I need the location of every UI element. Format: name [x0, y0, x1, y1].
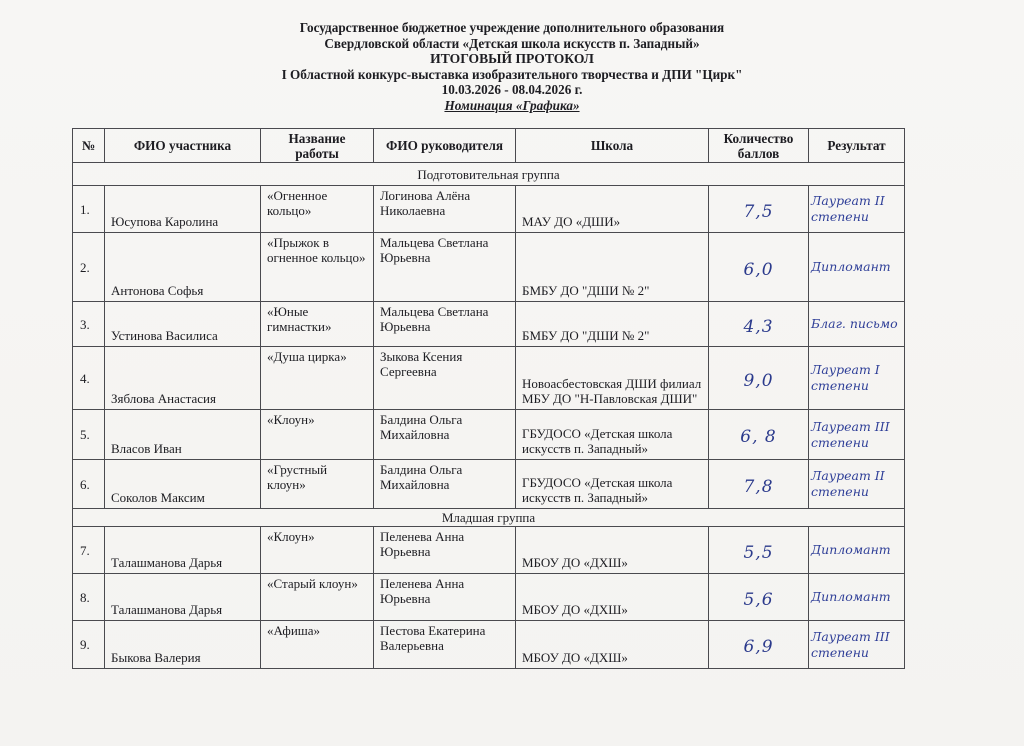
- cell-school: МБОУ ДО «ДХШ»: [516, 621, 709, 669]
- cell-work: «Юные гимнастки»: [261, 302, 374, 347]
- cell-participant: Талашманова Дарья: [105, 527, 261, 574]
- group-row: Младшая группа: [73, 509, 905, 527]
- cell-num: 8.: [73, 574, 105, 621]
- cell-score: 9,0: [709, 347, 809, 410]
- table-row: 5.Власов Иван«Клоун»Балдина Ольга Михайл…: [73, 410, 905, 460]
- cell-teacher: Мальцева Светлана Юрьевна: [374, 302, 516, 347]
- cell-score: 5,5: [709, 527, 809, 574]
- table-row: 9.Быкова Валерия«Афиша»Пестова Екатерина…: [73, 621, 905, 669]
- cell-num: 3.: [73, 302, 105, 347]
- cell-participant: Талашманова Дарья: [105, 574, 261, 621]
- cell-school: МАУ ДО «ДШИ»: [516, 186, 709, 233]
- cell-result: Лауреат II степени: [809, 186, 905, 233]
- cell-result: Лауреат III степени: [809, 410, 905, 460]
- cell-score: 4,3: [709, 302, 809, 347]
- cell-result: Дипломант: [809, 574, 905, 621]
- document-page: Государственное бюджетное учреждение доп…: [0, 0, 1024, 746]
- cell-work: «Афиша»: [261, 621, 374, 669]
- cell-work: «Душа цирка»: [261, 347, 374, 410]
- document-header: Государственное бюджетное учреждение доп…: [0, 20, 1024, 113]
- table-row: 8.Талашманова Дарья«Старый клоун»Пеленев…: [73, 574, 905, 621]
- cell-participant: Быкова Валерия: [105, 621, 261, 669]
- cell-num: 6.: [73, 460, 105, 509]
- protocol-title: ИТОГОВЫЙ ПРОТОКОЛ: [0, 51, 1024, 67]
- contest-name: I Областной конкурс-выставка изобразител…: [0, 67, 1024, 83]
- cell-school: МБОУ ДО «ДХШ»: [516, 527, 709, 574]
- cell-teacher: Пеленева Анна Юрьевна: [374, 527, 516, 574]
- table-row: 3.Устинова Василиса«Юные гимнастки»Мальц…: [73, 302, 905, 347]
- cell-num: 2.: [73, 233, 105, 302]
- cell-score: 6,0: [709, 233, 809, 302]
- cell-result: Дипломант: [809, 233, 905, 302]
- table-header-row: № ФИО участника Название работы ФИО руко…: [73, 129, 905, 163]
- cell-score: 5,6: [709, 574, 809, 621]
- org-line-2: Свердловской области «Детская школа иску…: [0, 36, 1024, 52]
- cell-school: ГБУДОСО «Детская школа искусств п. Запад…: [516, 410, 709, 460]
- cell-result: Благ. письмо: [809, 302, 905, 347]
- cell-participant: Юсупова Каролина: [105, 186, 261, 233]
- cell-participant: Устинова Василиса: [105, 302, 261, 347]
- cell-school: БМБУ ДО "ДШИ № 2": [516, 233, 709, 302]
- cell-teacher: Зыкова Ксения Сергеевна: [374, 347, 516, 410]
- cell-score: 6,9: [709, 621, 809, 669]
- cell-school: БМБУ ДО "ДШИ № 2": [516, 302, 709, 347]
- cell-participant: Власов Иван: [105, 410, 261, 460]
- col-header-teacher: ФИО руководителя: [374, 129, 516, 163]
- cell-score: 7,8: [709, 460, 809, 509]
- group-name: Младшая группа: [73, 509, 905, 527]
- cell-teacher: Балдина Ольга Михайловна: [374, 410, 516, 460]
- cell-school: Новоасбестовская ДШИ филиал МБУ ДО "Н-Па…: [516, 347, 709, 410]
- col-header-score: Количество баллов: [709, 129, 809, 163]
- cell-work: «Старый клоун»: [261, 574, 374, 621]
- cell-teacher: Мальцева Светлана Юрьевна: [374, 233, 516, 302]
- table-row: 1.Юсупова Каролина«Огненное кольцо»Логин…: [73, 186, 905, 233]
- table-row: 7.Талашманова Дарья«Клоун»Пеленева Анна …: [73, 527, 905, 574]
- results-table: № ФИО участника Название работы ФИО руко…: [72, 128, 905, 669]
- cell-participant: Антонова Софья: [105, 233, 261, 302]
- cell-school: ГБУДОСО «Детская школа искусств п. Запад…: [516, 460, 709, 509]
- cell-num: 5.: [73, 410, 105, 460]
- org-line-1: Государственное бюджетное учреждение доп…: [0, 20, 1024, 36]
- cell-result: Лауреат I степени: [809, 347, 905, 410]
- cell-num: 1.: [73, 186, 105, 233]
- col-header-num: №: [73, 129, 105, 163]
- table-row: 6.Соколов Максим«Грустный клоун»Балдина …: [73, 460, 905, 509]
- cell-teacher: Пеленева Анна Юрьевна: [374, 574, 516, 621]
- cell-result: Лауреат II степени: [809, 460, 905, 509]
- cell-work: «Прыжок в огненное кольцо»: [261, 233, 374, 302]
- group-name: Подготовительная группа: [73, 163, 905, 186]
- table-row: 4.Зяблова Анастасия«Душа цирка»Зыкова Кс…: [73, 347, 905, 410]
- cell-num: 9.: [73, 621, 105, 669]
- col-header-participant: ФИО участника: [105, 129, 261, 163]
- group-row: Подготовительная группа: [73, 163, 905, 186]
- cell-participant: Зяблова Анастасия: [105, 347, 261, 410]
- col-header-result: Результат: [809, 129, 905, 163]
- cell-result: Дипломант: [809, 527, 905, 574]
- cell-school: МБОУ ДО «ДХШ»: [516, 574, 709, 621]
- cell-participant: Соколов Максим: [105, 460, 261, 509]
- cell-result: Лауреат III степени: [809, 621, 905, 669]
- cell-teacher: Логинова Алёна Николаевна: [374, 186, 516, 233]
- cell-work: «Клоун»: [261, 527, 374, 574]
- cell-teacher: Балдина Ольга Михайловна: [374, 460, 516, 509]
- cell-work: «Клоун»: [261, 410, 374, 460]
- col-header-school: Школа: [516, 129, 709, 163]
- cell-num: 4.: [73, 347, 105, 410]
- table-row: 2.Антонова Софья«Прыжок в огненное кольц…: [73, 233, 905, 302]
- cell-num: 7.: [73, 527, 105, 574]
- cell-work: «Грустный клоун»: [261, 460, 374, 509]
- cell-work: «Огненное кольцо»: [261, 186, 374, 233]
- nomination: Номинация «Графика»: [0, 98, 1024, 114]
- col-header-work: Название работы: [261, 129, 374, 163]
- cell-score: 6, 8: [709, 410, 809, 460]
- cell-score: 7,5: [709, 186, 809, 233]
- cell-teacher: Пестова Екатерина Валерьевна: [374, 621, 516, 669]
- contest-dates: 10.03.2026 - 08.04.2026 г.: [0, 82, 1024, 98]
